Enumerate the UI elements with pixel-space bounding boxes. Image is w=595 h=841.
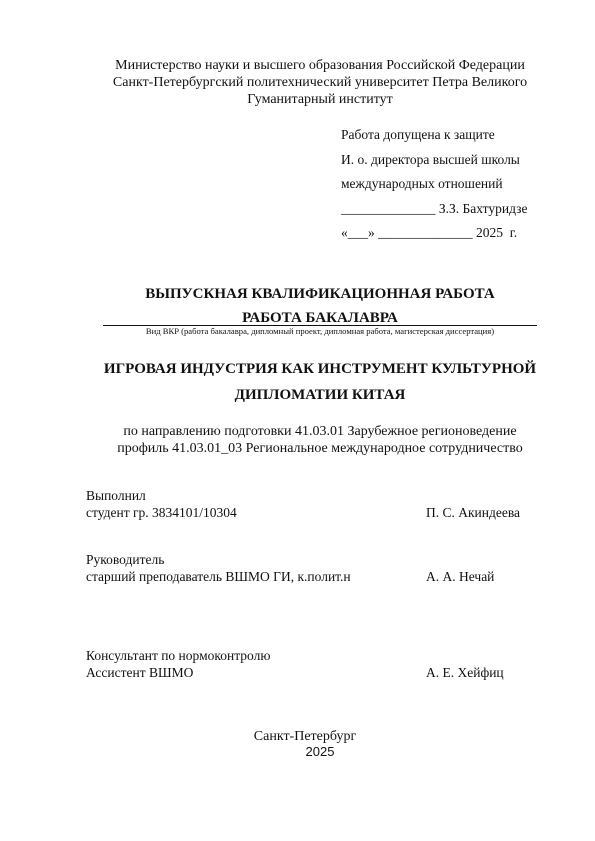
approval-line-1: Работа допущена к защите bbox=[341, 123, 528, 148]
signature-block-consultant: Консультант по нормоконтролю Ассистент В… bbox=[86, 648, 526, 682]
organization-header: Министерство науки и высшего образования… bbox=[0, 57, 595, 108]
approval-block: Работа допущена к защите И. о. директора… bbox=[341, 123, 528, 246]
signature-role: Руководитель bbox=[86, 552, 526, 569]
approval-date-line: «___» ______________ 2025 г. bbox=[341, 221, 528, 246]
footer-city: Санкт-Петербург bbox=[0, 728, 595, 745]
signature-row: Ассистент ВШМО А. Е. Хейфиц bbox=[86, 665, 526, 682]
signature-position: старший преподаватель ВШМО ГИ, к.полит.н bbox=[86, 569, 351, 584]
signature-role: Консультант по нормоконтролю bbox=[86, 648, 526, 665]
study-direction: по направлению подготовки 41.03.01 Заруб… bbox=[0, 423, 595, 457]
signature-row: студент гр. 3834101/10304 П. С. Акиндеев… bbox=[86, 505, 526, 522]
approval-signature-line: ______________ З.З. Бахтуридзе bbox=[341, 197, 528, 222]
approval-line-3: международных отношений bbox=[341, 172, 528, 197]
work-type-title: ВЫПУСКНАЯ КВАЛИФИКАЦИОННАЯ РАБОТА bbox=[0, 282, 595, 306]
signature-block-supervisor: Руководитель старший преподаватель ВШМО … bbox=[86, 552, 526, 586]
signature-name: А. Е. Хейфиц bbox=[426, 665, 504, 682]
study-direction-line-2: профиль 41.03.01_03 Региональное междуна… bbox=[0, 440, 595, 457]
signature-row: старший преподаватель ВШМО ГИ, к.полит.н… bbox=[86, 569, 526, 586]
work-type-hint: Вид ВКР (работа бакалавра, дипломный про… bbox=[0, 326, 595, 337]
approval-line-2: И. о. директора высшей школы bbox=[341, 148, 528, 173]
university-name: Санкт-Петербургский политехнический унив… bbox=[0, 74, 595, 91]
thesis-topic-line-2: ДИПЛОМАТИИ КИТАЯ bbox=[0, 382, 595, 408]
study-direction-line-1: по направлению подготовки 41.03.01 Заруб… bbox=[0, 423, 595, 440]
signature-position: студент гр. 3834101/10304 bbox=[86, 505, 237, 520]
thesis-topic-line-1: ИГРОВАЯ ИНДУСТРИЯ КАК ИНСТРУМЕНТ КУЛЬТУР… bbox=[0, 356, 595, 382]
signature-name: А. А. Нечай bbox=[426, 569, 494, 586]
signature-block-student: Выполнил студент гр. 3834101/10304 П. С.… bbox=[86, 488, 526, 522]
signature-role: Выполнил bbox=[86, 488, 526, 505]
thesis-topic: ИГРОВАЯ ИНДУСТРИЯ КАК ИНСТРУМЕНТ КУЛЬТУР… bbox=[0, 356, 595, 408]
institute-name: Гуманитарный институт bbox=[0, 91, 595, 108]
signature-position: Ассистент ВШМО bbox=[86, 665, 193, 680]
work-type-block: ВЫПУСКНАЯ КВАЛИФИКАЦИОННАЯ РАБОТА РАБОТА… bbox=[0, 282, 595, 330]
footer-year: 2025 bbox=[0, 744, 595, 760]
ministry-name: Министерство науки и высшего образования… bbox=[0, 57, 595, 74]
signature-name: П. С. Акиндеева bbox=[426, 505, 520, 522]
